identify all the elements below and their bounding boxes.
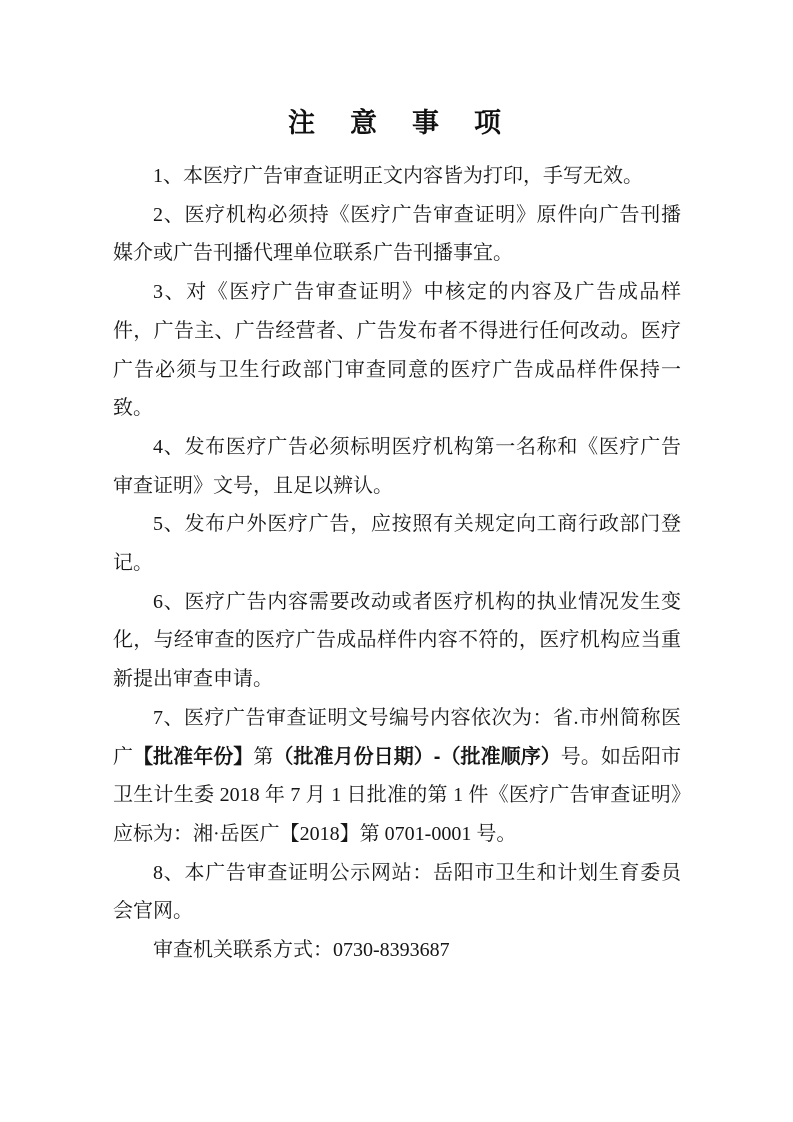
notice-item-5-text: 5、发布户外医疗广告，应按照有关规定向工商行政部门登记。 xyxy=(113,513,681,574)
notice-item-6: 6、医疗广告内容需要改动或者医疗机构的执业情况发生变化，与经审查的医疗广告成品样… xyxy=(113,583,681,699)
notice-item-7-segment-3: 第 xyxy=(253,746,273,768)
contact-line: 审查机关联系方式：0730-8393687 xyxy=(113,931,681,970)
notice-body: 1、本医疗广告审查证明正文内容皆为打印，手写无效。 2、医疗机构必须持《医疗广告… xyxy=(113,157,681,970)
notice-item-2-text: 2、医疗机构必须持《医疗广告审查证明》原件向广告刊播媒介或广告刊播代理单位联系广… xyxy=(113,204,681,265)
notice-item-4: 4、发布医疗广告必须标明医疗机构第一名称和《医疗广告审查证明》文号，且足以辨认。 xyxy=(113,428,681,505)
notice-item-3-text: 3、对《医疗广告审查证明》中核定的内容及广告成品样件，广告主、广告经营者、广告发… xyxy=(113,281,681,419)
notice-item-6-text: 6、医疗广告内容需要改动或者医疗机构的执业情况发生变化，与经审查的医疗广告成品样… xyxy=(113,591,681,690)
contact-line-text: 审查机关联系方式：0730-8393687 xyxy=(153,939,450,961)
notice-item-7-segment-4-emphasis: （批准月份日期）-（批准顺序） xyxy=(273,746,560,768)
notice-item-8: 8、本广告审查证明公示网站：岳阳市卫生和计划生育委员会官网。 xyxy=(113,854,681,931)
notice-item-7-segment-2-emphasis: 【批准年份】 xyxy=(133,746,253,768)
notice-item-2: 2、医疗机构必须持《医疗广告审查证明》原件向广告刊播媒介或广告刊播代理单位联系广… xyxy=(113,196,681,273)
notice-item-5: 5、发布户外医疗广告，应按照有关规定向工商行政部门登记。 xyxy=(113,505,681,582)
page-title: 注 意 事 项 xyxy=(0,0,793,143)
notice-item-3: 3、对《医疗广告审查证明》中核定的内容及广告成品样件，广告主、广告经营者、广告发… xyxy=(113,273,681,428)
notice-item-7: 7、医疗广告审查证明文号编号内容依次为：省.市州简称医广【批准年份】第（批准月份… xyxy=(113,699,681,854)
notice-page: 注 意 事 项 1、本医疗广告审查证明正文内容皆为打印，手写无效。 2、医疗机构… xyxy=(0,0,793,1122)
notice-item-4-text: 4、发布医疗广告必须标明医疗机构第一名称和《医疗广告审查证明》文号，且足以辨认。 xyxy=(113,436,681,497)
notice-item-1: 1、本医疗广告审查证明正文内容皆为打印，手写无效。 xyxy=(113,157,681,196)
notice-item-1-text: 1、本医疗广告审查证明正文内容皆为打印，手写无效。 xyxy=(153,165,643,187)
notice-item-8-text: 8、本广告审查证明公示网站：岳阳市卫生和计划生育委员会官网。 xyxy=(113,862,681,923)
